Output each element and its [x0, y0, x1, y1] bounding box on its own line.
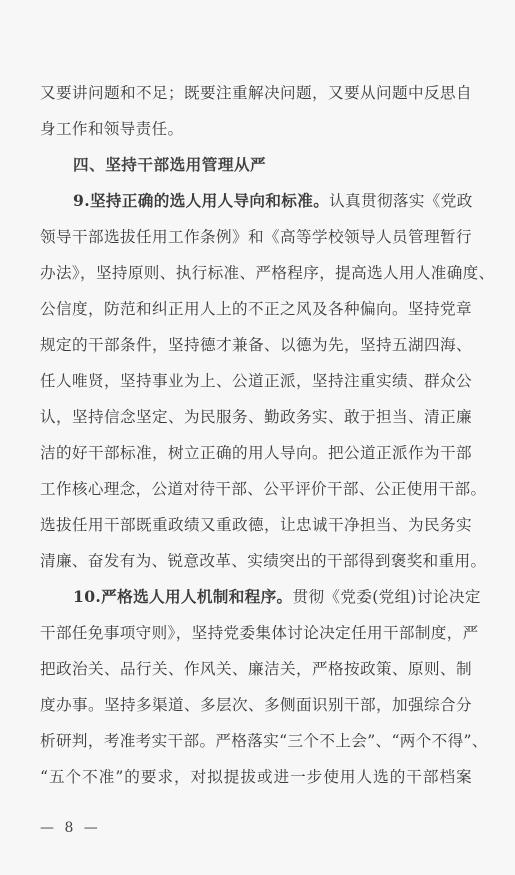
text-line: 度办事。坚持多渠道、多层次、多侧面识别干部，加强综合分: [40, 695, 472, 715]
text-line: 规定的干部条件，坚持德才兼备、以德为先，坚持五湖四海、: [40, 335, 472, 355]
paragraph-start: 9.坚持正确的选人用人导向和标准。认真贯彻落实《党政: [73, 191, 472, 211]
section-heading: 四、坚持干部选用管理从严: [73, 155, 472, 175]
text-line: “五个不准”的要求，对拟提拔或进一步使用人选的干部档案: [40, 767, 472, 787]
text-line: 身工作和领导责任。: [40, 119, 472, 139]
text-line: 干部任免事项守则》，坚持党委集体讨论决定任用干部制度，严: [40, 623, 472, 643]
text-line: 办法》，坚持原则、执行标准、严格程序，提高选人用人准确度、: [40, 263, 472, 283]
text-line: 工作核心理念，公道对待干部、公平评价干部、公正使用干部。: [40, 479, 472, 499]
item-title: 10.严格选人用人机制和程序。: [73, 587, 293, 606]
page-number: — 8 —: [40, 820, 101, 836]
text-line: 又要讲问题和不足；既要注重解决问题，又要从问题中反思自: [40, 83, 472, 103]
text-line: 清廉、奋发有为、锐意改革、实绩突出的干部得到褒奖和重用。: [40, 551, 472, 571]
text-line: 认，坚持信念坚定、为民服务、勤政务实、敢于担当、清正廉: [40, 407, 472, 427]
text-line: 把政治关、品行关、作风关、廉洁关，严格按政策、原则、制: [40, 659, 472, 679]
text-line: 析研判，考准考实干部。严格落实“三个不上会”、“两个不得”、: [40, 731, 472, 751]
document-page: 又要讲问题和不足；既要注重解决问题，又要从问题中反思自 身工作和领导责任。 四、…: [0, 0, 515, 875]
text-line: 选拔任用干部既重政绩又重政德，让忠诚干净担当、为民务实: [40, 515, 472, 535]
text-line: 公信度，防范和纠正用人上的不正之风及各种偏向。坚持党章: [40, 299, 472, 319]
paragraph-start: 10.严格选人用人机制和程序。贯彻《党委(党组)讨论决定: [73, 587, 472, 607]
item-title: 9.坚持正确的选人用人导向和标准。: [73, 191, 329, 210]
text-line: 领导干部选拔任用工作条例》和《高等学校领导人员管理暂行: [40, 227, 472, 247]
text-line: 洁的好干部标准，树立正确的用人导向。把公道正派作为干部: [40, 443, 472, 463]
item-text: 认真贯彻落实《党政: [329, 192, 473, 210]
text-line: 任人唯贤，坚持事业为上、公道正派，坚持注重实绩、群众公: [40, 371, 472, 391]
item-text: 贯彻《党委(党组)讨论决定: [293, 588, 481, 606]
